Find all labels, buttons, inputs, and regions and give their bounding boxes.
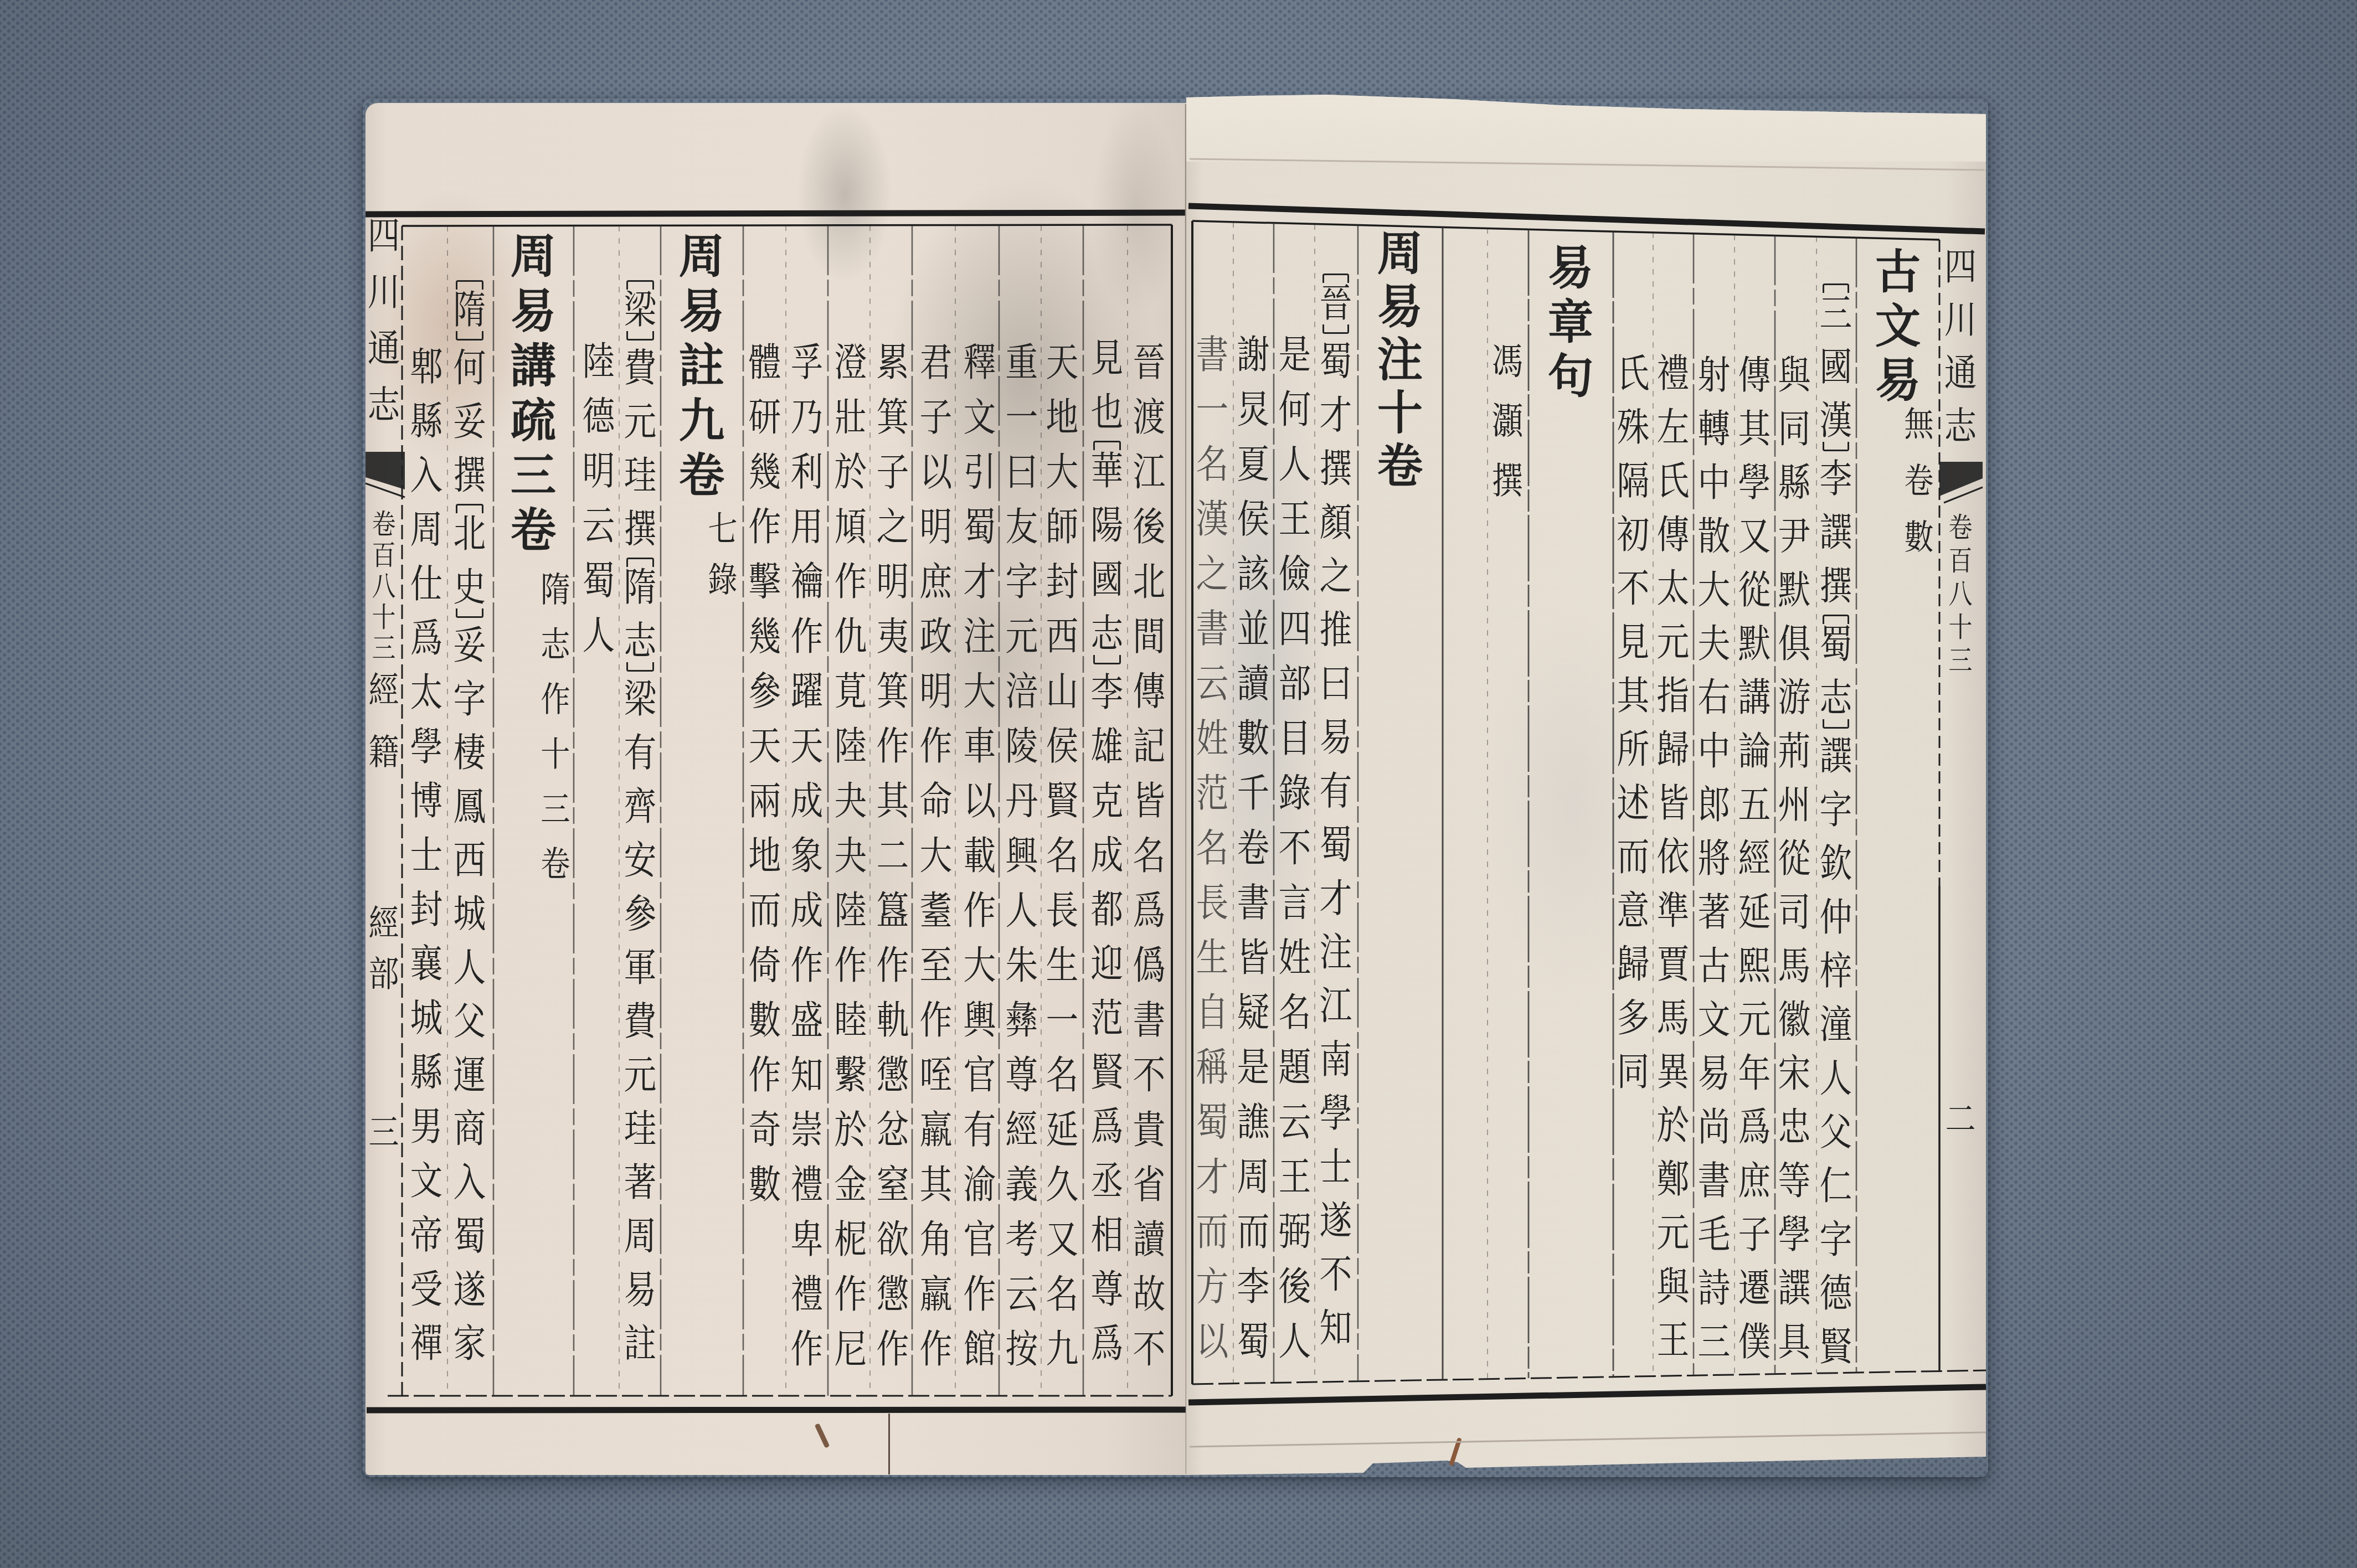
glyph: 默 <box>1777 564 1812 617</box>
glyph: 易 <box>1374 280 1426 333</box>
glyph: 易 <box>1545 241 1597 295</box>
glyph: 范 <box>1195 766 1229 821</box>
glyph: 禮 <box>1656 347 1690 401</box>
bracket-open: 〔 <box>1815 282 1856 287</box>
glyph: 弼 <box>1278 1205 1312 1260</box>
glyph: 姓 <box>1278 931 1312 986</box>
glyph: 忠 <box>1777 1101 1812 1154</box>
glyph: 書 <box>1195 328 1229 383</box>
bracket-close: 〕 <box>1815 448 1856 452</box>
glyph: 而 <box>1195 1205 1229 1260</box>
glyph: 二 <box>1944 1097 1977 1142</box>
glyph: 詩 <box>1697 1262 1731 1316</box>
glyph: 長 <box>1195 876 1229 931</box>
frame-bottom-thin <box>1192 1370 1986 1384</box>
glyph: 王 <box>1278 492 1312 547</box>
glyph: 李 <box>1236 1260 1270 1314</box>
glyph: 徽 <box>1777 993 1812 1047</box>
bracket-open: 〔 <box>1315 272 1356 277</box>
glyph: 傳 <box>1656 508 1690 562</box>
glyph: 自 <box>1195 986 1229 1040</box>
glyph: 同 <box>1777 403 1812 456</box>
glyph: 三 <box>1819 287 1853 341</box>
glyph: 蜀 <box>1319 818 1353 872</box>
glyph: 隔 <box>1616 455 1650 508</box>
glyph: 元 <box>1656 616 1690 669</box>
entry-line: 氏殊隔初不見其所述而意歸多同 <box>1613 347 1654 1099</box>
glyph: 宋 <box>1777 1047 1812 1101</box>
glyph: 王 <box>1278 1150 1312 1205</box>
glyph: 後 <box>1278 1260 1312 1314</box>
glyph: 書 <box>1236 876 1270 931</box>
glyph: 皆 <box>1656 777 1690 831</box>
leaf-edge-bottom <box>1190 1432 1986 1447</box>
glyph: 熙 <box>1737 940 1772 993</box>
glyph: 王 <box>1656 1314 1690 1368</box>
glyph: 於 <box>1656 1099 1690 1153</box>
glyph: 見 <box>1616 616 1650 669</box>
glyph: 方 <box>1195 1260 1229 1314</box>
glyph: 才 <box>1319 389 1353 442</box>
glyph: 子 <box>1737 1208 1772 1262</box>
glyph: 延 <box>1737 886 1772 940</box>
glyph: 氏 <box>1656 455 1690 508</box>
glyph: 司 <box>1777 886 1812 940</box>
entry-title: 周易注十卷 <box>1373 227 1427 493</box>
entry-note: 無卷數 <box>1901 396 1937 566</box>
glyph: 賢 <box>1819 1321 1853 1374</box>
glyph: 八 <box>1944 577 1977 611</box>
glyph: 賈 <box>1656 938 1690 992</box>
glyph: 欽 <box>1819 837 1853 891</box>
glyph: 氏 <box>1616 347 1650 401</box>
glyph: 人 <box>1278 1314 1312 1369</box>
glyph: 人 <box>1278 437 1312 492</box>
glyph: 譙 <box>1236 1095 1270 1150</box>
glyph: 中 <box>1697 725 1731 778</box>
glyph: 名 <box>1278 986 1312 1040</box>
entry-line: 禮左氏傳太元指歸皆依準賈馬異於鄭元與王 <box>1653 347 1694 1368</box>
glyph: 同 <box>1616 1045 1650 1099</box>
glyph: 易 <box>1319 711 1353 765</box>
glyph: 遂 <box>1319 1194 1353 1248</box>
glyph: 毛 <box>1697 1208 1731 1262</box>
glyph: 右 <box>1697 671 1731 725</box>
entry-line: 書一名漢之書云姓范名長生自稱蜀才而方以 <box>1192 328 1233 1369</box>
glyph: 具 <box>1777 1316 1812 1369</box>
glyph: 父 <box>1819 1106 1853 1159</box>
glyph: 疑 <box>1236 986 1270 1040</box>
fish-tail-block <box>1939 462 1983 496</box>
glyph: 志 <box>1819 672 1853 725</box>
glyph: 四 <box>1944 241 1977 294</box>
glyph: 殊 <box>1616 401 1650 455</box>
glyph: 大 <box>1697 564 1731 617</box>
glyph: 蜀 <box>1319 335 1353 389</box>
glyph: 才 <box>1195 1150 1229 1205</box>
glyph: 名 <box>1195 437 1229 492</box>
glyph: 述 <box>1616 777 1650 831</box>
glyph: 與 <box>1656 1260 1690 1314</box>
glyph: 該 <box>1236 547 1270 602</box>
glyph: 周 <box>1236 1150 1270 1205</box>
glyph: 生 <box>1195 931 1229 986</box>
glyph: 是 <box>1278 328 1312 383</box>
glyph: 錄 <box>1278 766 1312 821</box>
glyph: 夫 <box>1697 617 1731 671</box>
glyph: 州 <box>1777 778 1812 832</box>
glyph: 馮 <box>1491 332 1524 391</box>
entry-title: 古文易 <box>1871 245 1924 408</box>
glyph: 俱 <box>1777 617 1812 671</box>
entry-line: 傳其學又從默講論五經延熙元年爲庶子遷僕 <box>1734 349 1775 1369</box>
glyph: 荊 <box>1777 725 1812 778</box>
glyph: 十 <box>1944 611 1977 644</box>
glyph: 書 <box>1195 602 1229 657</box>
glyph: 撰 <box>1819 560 1853 613</box>
glyph: 元 <box>1656 1206 1690 1260</box>
glyph: 目 <box>1278 711 1312 766</box>
glyph: 字 <box>1819 1213 1853 1267</box>
glyph: 散 <box>1697 510 1731 564</box>
glyph: 章 <box>1545 295 1597 349</box>
glyph: 譔 <box>1777 1262 1812 1316</box>
frame-top-thick <box>1188 206 1985 231</box>
glyph: 漢 <box>1195 492 1229 547</box>
glyph: 十 <box>1374 386 1426 440</box>
glyph: 從 <box>1737 564 1772 617</box>
glyph: 儉 <box>1278 547 1312 602</box>
glyph: 又 <box>1737 510 1772 564</box>
entry-line: 是何人王儉四部目錄不言姓名題云王弼後人 <box>1274 328 1315 1369</box>
glyph: 數 <box>1903 509 1935 566</box>
glyph: 馬 <box>1656 992 1690 1045</box>
glyph: 注 <box>1319 926 1353 979</box>
glyph: 志 <box>1944 400 1977 453</box>
glyph: 注 <box>1374 333 1426 386</box>
glyph: 梓 <box>1819 945 1853 998</box>
glyph: 題 <box>1278 1040 1312 1095</box>
glyph: 郎 <box>1697 778 1731 832</box>
glyph: 國 <box>1819 341 1853 394</box>
glyph: 千 <box>1236 766 1270 821</box>
glyph: 不 <box>1319 1248 1353 1302</box>
glyph: 周 <box>1374 227 1426 280</box>
glyph: 學 <box>1737 456 1772 510</box>
glyph: 將 <box>1697 832 1731 886</box>
glyph: 灝 <box>1491 391 1524 451</box>
glyph: 仁 <box>1819 1159 1853 1213</box>
entry-line: 〔晉〕蜀才撰顏之推曰易有蜀才注江南學士遂不知 <box>1315 272 1356 1355</box>
glyph: 意 <box>1616 884 1650 938</box>
glyph: 易 <box>1697 1047 1731 1101</box>
glyph: 三 <box>1697 1316 1731 1369</box>
glyph: 其 <box>1616 669 1650 723</box>
glyph: 論 <box>1737 725 1772 778</box>
glyph: 射 <box>1697 349 1731 403</box>
glyph: 有 <box>1319 765 1353 818</box>
glyph: 一 <box>1195 383 1229 437</box>
glyph: 中 <box>1697 456 1731 510</box>
glyph: 學 <box>1777 1208 1812 1262</box>
glyph: 德 <box>1819 1267 1853 1321</box>
glyph: 炅 <box>1236 383 1270 437</box>
glyph: 太 <box>1656 562 1690 616</box>
glyph: 初 <box>1616 508 1650 562</box>
glyph: 等 <box>1777 1154 1812 1208</box>
glyph: 蜀 <box>1236 1314 1270 1369</box>
glyph: 著 <box>1697 886 1731 940</box>
glyph: 部 <box>1278 657 1312 711</box>
glyph: 縣 <box>1777 456 1812 510</box>
glyph: 士 <box>1319 1141 1353 1194</box>
glyph: 尹 <box>1777 510 1812 564</box>
glyph: 江 <box>1319 979 1353 1033</box>
glyph: 讀 <box>1236 657 1270 711</box>
frame-bottom-thick <box>1188 1387 1986 1402</box>
glyph: 云 <box>1195 657 1229 711</box>
glyph: 漢 <box>1819 394 1853 448</box>
glyph: 何 <box>1278 383 1312 437</box>
glyph: 三 <box>1944 644 1977 677</box>
glyph: 傳 <box>1737 349 1772 403</box>
glyph: 默 <box>1737 617 1772 671</box>
margin-volume: 卷百八十三 <box>1942 511 1979 677</box>
glyph: 云 <box>1278 1095 1312 1150</box>
glyph: 潼 <box>1819 998 1853 1052</box>
glyph: 卷 <box>1903 453 1935 509</box>
glyph: 年 <box>1737 1047 1772 1101</box>
glyph: 名 <box>1195 821 1229 876</box>
glyph: 游 <box>1777 671 1812 725</box>
glyph: 譔 <box>1819 506 1853 560</box>
glyph: 古 <box>1697 940 1731 993</box>
glyph: 準 <box>1656 884 1690 938</box>
entry-line: 射轉中散大夫右中郎將著古文易尚書毛詩三 <box>1694 349 1735 1369</box>
glyph: 庶 <box>1737 1154 1772 1208</box>
glyph: 而 <box>1236 1205 1270 1260</box>
glyph: 學 <box>1319 1087 1353 1141</box>
right-page-rules <box>0 0 2357 1568</box>
glyph: 爲 <box>1737 1101 1772 1154</box>
glyph: 姓 <box>1195 711 1229 766</box>
glyph: 文 <box>1872 299 1924 353</box>
glyph: 仲 <box>1819 891 1853 945</box>
glyph: 謝 <box>1236 328 1270 383</box>
glyph: 左 <box>1656 401 1690 455</box>
glyph: 南 <box>1319 1033 1353 1087</box>
glyph: 歸 <box>1656 723 1690 777</box>
glyph: 川 <box>1944 294 1977 347</box>
glyph: 之 <box>1195 547 1229 602</box>
glyph: 元 <box>1737 993 1772 1047</box>
glyph: 其 <box>1737 403 1772 456</box>
glyph: 不 <box>1278 821 1312 876</box>
glyph: 馬 <box>1777 940 1812 993</box>
glyph: 五 <box>1737 778 1772 832</box>
glyph: 是 <box>1236 1040 1270 1095</box>
glyph: 轉 <box>1697 403 1731 456</box>
glyph: 鄭 <box>1656 1153 1690 1206</box>
glyph: 多 <box>1616 992 1650 1045</box>
glyph: 皆 <box>1236 931 1270 986</box>
glyph: 言 <box>1278 876 1312 931</box>
glyph: 稱 <box>1195 1040 1229 1095</box>
glyph: 晉 <box>1319 277 1353 331</box>
glyph: 指 <box>1656 669 1690 723</box>
glyph: 無 <box>1903 396 1935 453</box>
margin-book-title: 四川通志 <box>1942 241 1979 453</box>
glyph: 並 <box>1236 602 1270 657</box>
glyph: 撰 <box>1319 442 1353 496</box>
glyph: 而 <box>1616 831 1650 884</box>
glyph: 尚 <box>1697 1101 1731 1154</box>
bracket-open: 〔 <box>1815 613 1856 618</box>
glyph: 所 <box>1616 723 1650 777</box>
glyph: 歸 <box>1616 938 1650 992</box>
glyph: 從 <box>1777 832 1812 886</box>
glyph: 才 <box>1319 872 1353 926</box>
glyph: 顏 <box>1319 496 1353 550</box>
entry-line: 〔三國漢〕李譔撰〔蜀志〕譔字欽仲梓潼人父仁字德賢 <box>1815 282 1856 1374</box>
glyph: 推 <box>1319 604 1353 657</box>
glyph: 人 <box>1819 1052 1853 1106</box>
glyph: 字 <box>1819 783 1853 837</box>
glyph: 卷 <box>1944 511 1977 544</box>
glyph: 講 <box>1737 671 1772 725</box>
bracket-close: 〕 <box>1815 725 1856 730</box>
glyph: 數 <box>1236 711 1270 766</box>
glyph: 撰 <box>1491 451 1524 511</box>
glyph: 文 <box>1697 993 1731 1047</box>
entry-title: 易章句 <box>1544 241 1597 404</box>
glyph: 百 <box>1944 544 1977 577</box>
glyph: 僕 <box>1737 1316 1772 1369</box>
glyph: 不 <box>1616 562 1650 616</box>
glyph: 侯 <box>1236 492 1270 547</box>
glyph: 之 <box>1319 550 1353 604</box>
glyph: 書 <box>1697 1154 1731 1208</box>
glyph: 蜀 <box>1195 1095 1229 1150</box>
glyph: 蜀 <box>1819 618 1853 672</box>
glyph: 以 <box>1195 1314 1229 1369</box>
glyph: 四 <box>1278 602 1312 657</box>
photo-stage: 四川通志 卷百八十三 經籍 經部 三 晉渡江後北間傳記皆名爲僞書不貴省讀故不 見… <box>0 0 2357 1568</box>
glyph: 通 <box>1944 347 1977 400</box>
entry-line: 謝炅夏侯該並讀數千卷書皆疑是譙周而李蜀 <box>1233 328 1274 1369</box>
glyph: 卷 <box>1374 440 1426 493</box>
glyph: 句 <box>1545 349 1597 404</box>
glyph: 李 <box>1819 452 1853 506</box>
fish-tail-mark <box>1939 462 1983 503</box>
right-page: 四川通志 卷百八十三 二 古文易 無卷數 〔三國漢〕李譔撰〔蜀志〕譔字欽仲梓潼人… <box>0 0 2357 1568</box>
glyph: 夏 <box>1236 437 1270 492</box>
leaf-number: 二 <box>1942 1097 1979 1142</box>
glyph: 與 <box>1777 349 1812 403</box>
glyph: 古 <box>1872 245 1924 299</box>
glyph: 經 <box>1737 832 1772 886</box>
glyph: 曰 <box>1319 657 1353 711</box>
glyph: 譔 <box>1819 730 1853 783</box>
glyph: 遷 <box>1737 1262 1772 1316</box>
entry-line: 馮灝撰 <box>1488 332 1527 511</box>
glyph: 依 <box>1656 831 1690 884</box>
entry-line: 與同縣尹默俱游荊州從司馬徽宋忠等學譔具 <box>1774 349 1815 1369</box>
glyph: 知 <box>1319 1302 1353 1355</box>
leaf-edge-top <box>1190 159 1985 170</box>
glyph: 異 <box>1656 1045 1690 1099</box>
bracket-close: 〕 <box>1315 331 1356 335</box>
glyph: 卷 <box>1236 821 1270 876</box>
